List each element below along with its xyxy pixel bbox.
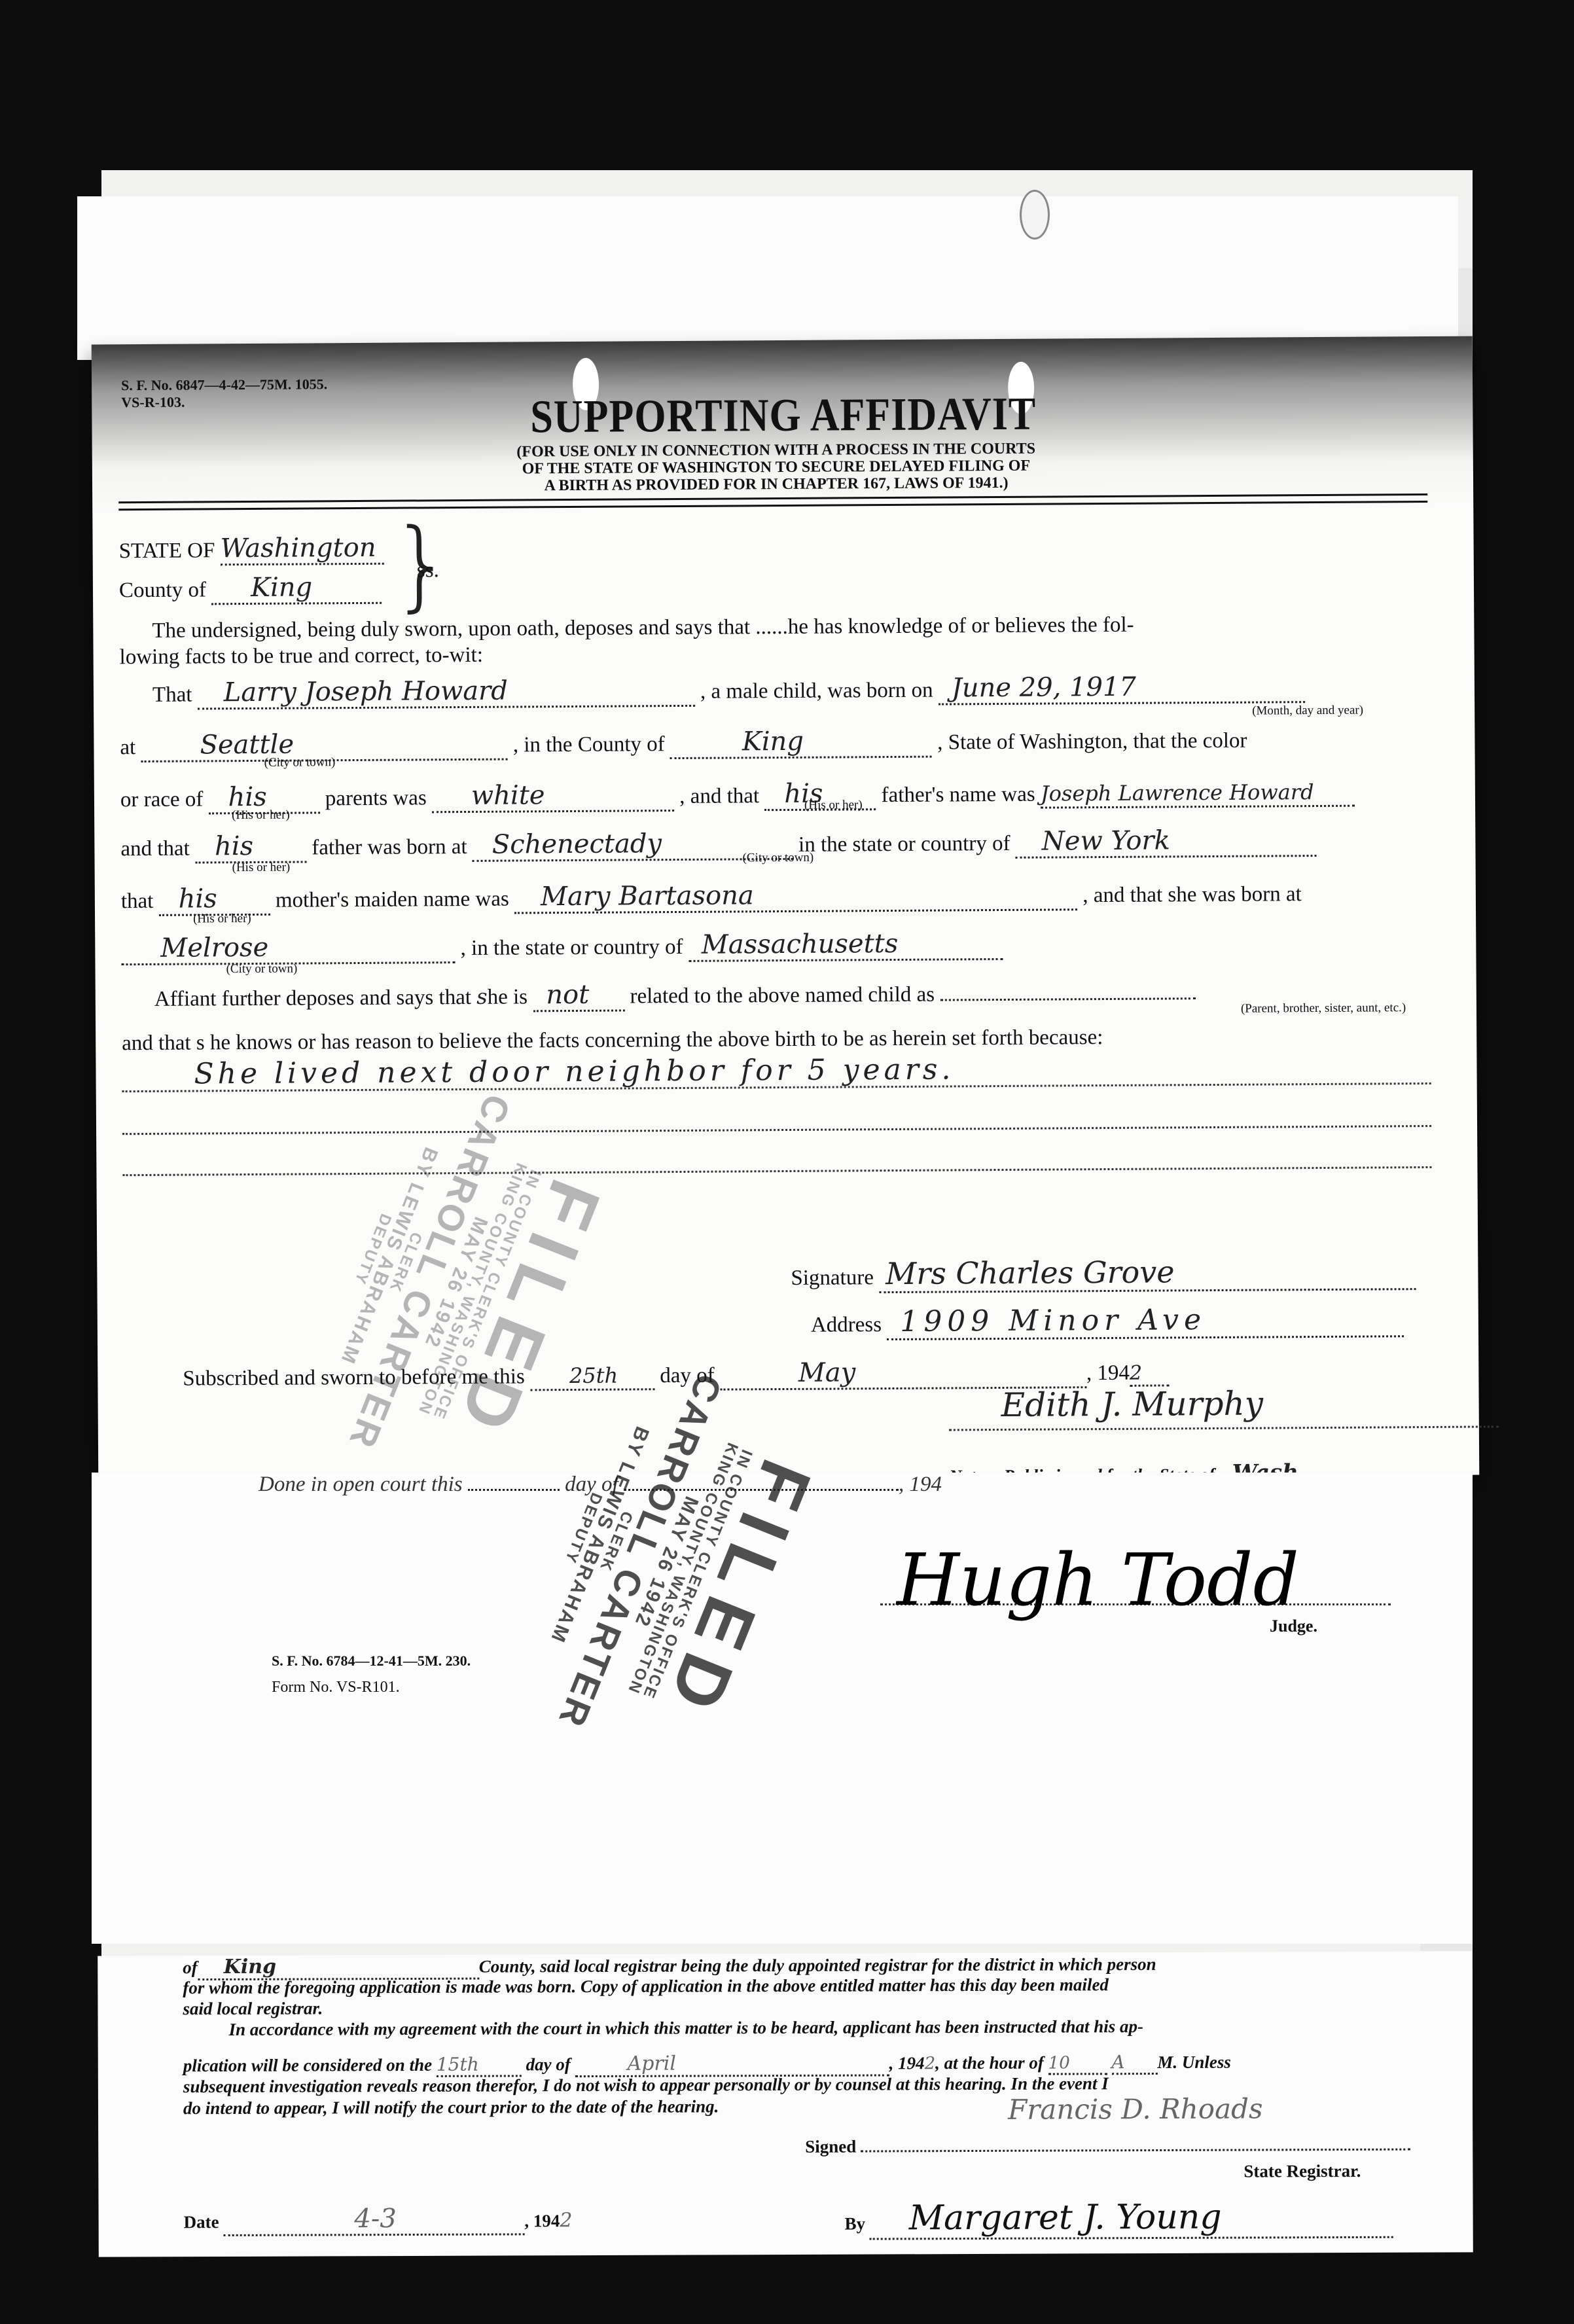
- date-field[interactable]: Date 4-3, 1942: [184, 2203, 573, 2236]
- affidavit-sheet: S. F. No. 6847—4-42—75M. 1055. VS-R-103.…: [92, 336, 1480, 1484]
- date-year-suffix: 2: [560, 2209, 572, 2232]
- relation-text-after: related to the above named child as: [630, 983, 935, 1009]
- mother-pronoun-hint: (His or her): [193, 912, 251, 927]
- birth-date-hint: (Month, day and year): [1252, 704, 1363, 719]
- done-text: Done in open court this: [259, 1473, 463, 1496]
- state-label: STATE OF: [119, 539, 215, 563]
- top-folded-sheet: [77, 196, 1458, 360]
- hearing-text-a: plication will be considered on the: [183, 2055, 432, 2075]
- father-birth-state: New York: [1042, 825, 1170, 856]
- birth-county: King: [742, 726, 804, 757]
- county-field[interactable]: County of King: [119, 572, 382, 605]
- and-that: , and that: [679, 784, 759, 808]
- reason-value[interactable]: She lived next door neighbor for 5 years…: [194, 1052, 954, 1090]
- reason-label: and that s he knows or has reason to bel…: [122, 1026, 1103, 1056]
- father-born-label: father was born at: [312, 835, 467, 859]
- race-value: white: [471, 780, 545, 811]
- a-label: , a: [700, 680, 721, 704]
- mother-birth-state: Massachusetts: [702, 929, 899, 960]
- registrar-line-7: do intend to appear, I will notify the c…: [183, 2096, 719, 2118]
- relation-text: Affiant further deposes and says that: [154, 986, 471, 1011]
- judge-label: Judge.: [1270, 1617, 1317, 1636]
- state-text: , State of Washington, that the color: [937, 729, 1247, 755]
- county-label: County of: [119, 578, 206, 602]
- judge-signature: Hugh Todd: [897, 1538, 1299, 1622]
- hearing-text-d: , at the hour of: [935, 2053, 1044, 2073]
- mother-birthplace-row[interactable]: Melrose , in the state or country of Mas…: [121, 928, 1003, 965]
- at-label: at: [120, 736, 135, 759]
- father-name: Joseph Lawrence Howard: [1041, 779, 1314, 806]
- mother-label: mother's maiden name was: [276, 887, 509, 912]
- county-label-2: , in the County of: [513, 732, 665, 757]
- father-pronoun-2-hint: (His or her): [232, 861, 291, 876]
- intro-line-2: lowing facts to be true and correct, to-…: [120, 643, 484, 670]
- registrar-notice-sheet: ofKingCounty, said local registrar being…: [98, 1951, 1473, 2257]
- that-label-2: that: [121, 889, 154, 913]
- registrar-county-value: King: [224, 1956, 276, 1978]
- jurat-month: May: [798, 1357, 856, 1388]
- form-code: VS-R-103.: [121, 394, 185, 412]
- relation-value: not: [546, 980, 589, 1010]
- relation-hint: (Parent, brother, sister, aunt, etc.): [1241, 1001, 1406, 1016]
- hearing-month: April: [627, 2052, 676, 2075]
- registrar-form-code: Form No. VS-R101.: [272, 1679, 400, 1696]
- notary-signature: Edith J. Murphy: [1001, 1385, 1263, 1424]
- mother-state-label: , in the state or country of: [460, 935, 683, 960]
- registrar-line-4: In accordance with my agreement with the…: [229, 2016, 1144, 2040]
- registrar-line-3: said local registrar.: [183, 1998, 323, 2019]
- father-city-hint: (City or town): [742, 851, 814, 866]
- county-value: King: [251, 572, 312, 603]
- date-value: 4-3: [354, 2204, 397, 2234]
- signed-field[interactable]: Signed: [805, 2135, 1410, 2157]
- mother-city-hint: (City or town): [226, 962, 297, 977]
- hearing-text-b: day of: [526, 2054, 570, 2074]
- state-value: Washington: [221, 533, 376, 563]
- registrar-line-1: County, said local registrar being the d…: [479, 1954, 1156, 1976]
- signature-value: Mrs Charles Grove: [885, 1254, 1175, 1291]
- jurat-year-prefix: , 194: [1086, 1361, 1130, 1385]
- filed-stamp: FILED IN COUNTY CLERK'S OFFICE KING COUN…: [295, 1071, 630, 1500]
- registrar-line-6: subsequent investigation reveals reason …: [183, 2073, 1109, 2097]
- intro-line-1: The undersigned, being duly sworn, upon …: [152, 613, 1134, 643]
- by-field[interactable]: By Margaret J. Young: [845, 2197, 1393, 2240]
- child-name-row[interactable]: That Larry Joseph Howard , a male child,…: [152, 671, 1305, 710]
- that-label: That: [152, 683, 192, 707]
- of-label: of: [183, 1958, 198, 1977]
- mother-birth-city: Melrose: [160, 933, 268, 963]
- mother-pronoun: his: [178, 884, 217, 914]
- punch-hole: [1020, 190, 1050, 240]
- race-row[interactable]: or race of his parents was white , and t…: [120, 776, 1355, 815]
- by-value: Margaret J. Young: [909, 2198, 1222, 2238]
- mother-name-row[interactable]: that his mother's maiden name was Mary B…: [121, 877, 1302, 916]
- city-hint: (City or town): [264, 755, 336, 770]
- signed-label: Signed: [805, 2137, 856, 2156]
- and-that-2: and that: [120, 837, 190, 861]
- father-birth-city: Schenectady: [492, 829, 662, 860]
- registrar-signature: Francis D. Rhoads: [1008, 2092, 1263, 2125]
- race-label: or race of: [120, 787, 204, 812]
- father-pronoun-2: his: [215, 831, 253, 861]
- signature-field[interactable]: Signature Mrs Charles Grove: [791, 1253, 1416, 1294]
- jurat-day: 25th: [569, 1363, 618, 1388]
- address-value: 1909 Minor Ave: [900, 1303, 1206, 1338]
- father-name-label: father's name was: [882, 783, 1035, 807]
- subtitle-line: A BIRTH AS PROVIDED FOR IN CHAPTER 167, …: [459, 474, 1094, 495]
- state-field[interactable]: STATE OF Washington: [118, 533, 384, 566]
- relation-pronoun: s: [476, 984, 488, 1009]
- mother-name: Mary Bartasona: [541, 880, 754, 912]
- notary-signature-line: [949, 1425, 1499, 1431]
- ss-label: ss.: [417, 558, 439, 582]
- hearing-day: 15th: [437, 2054, 479, 2075]
- court-order-sheet: Done in open court this day of , 194 Hug…: [92, 1473, 1473, 1944]
- document-title: SUPPORTING AFFIDAVIT: [530, 387, 1036, 444]
- father-birthplace-row[interactable]: and that his father was born at Schenect…: [120, 825, 1317, 864]
- form-number: S. F. No. 6847—4-42—75M. 1055.: [121, 376, 327, 394]
- reason-line-2: [122, 1125, 1431, 1135]
- document-subtitle: (FOR USE ONLY IN CONNECTION WITH A PROCE…: [459, 440, 1094, 495]
- hearing-text-e: M. Unless: [1157, 2052, 1231, 2072]
- registrar-form-number: S. F. No. 6784—12-41—5M. 230.: [272, 1653, 471, 1670]
- state-registrar-label: State Registrar.: [1243, 2161, 1361, 2182]
- address-label: Address: [811, 1313, 882, 1337]
- hearing-hour: 10: [1048, 2053, 1070, 2073]
- child-name: Larry Joseph Howard: [224, 676, 508, 708]
- race-pronoun-hint: (His or her): [232, 808, 290, 823]
- signature-label: Signature: [791, 1266, 874, 1290]
- date-year: , 194: [524, 2211, 560, 2230]
- hearing-year-suffix: 2: [924, 2054, 935, 2073]
- birth-date: June 29, 1917: [952, 672, 1136, 704]
- date-label: Date: [184, 2212, 219, 2232]
- hearing-ampm: A: [1111, 2051, 1124, 2073]
- jurat-year-suffix: 2: [1130, 1361, 1169, 1386]
- mother-born-label: , and that she was born at: [1082, 882, 1302, 907]
- hearing-text-c: , 194: [889, 2053, 924, 2073]
- sex-text: male child, was born on: [726, 679, 933, 704]
- parents-was: parents was: [325, 786, 427, 810]
- by-label: By: [845, 2214, 866, 2234]
- father-pronoun-hint: (His or her): [804, 798, 863, 813]
- father-state-label: in the state or country of: [798, 832, 1011, 857]
- registrar-line-2: for whom the foregoing application is ma…: [183, 1975, 1109, 1998]
- court-year: , 194: [899, 1473, 942, 1496]
- relation-row[interactable]: Affiant further deposes and says that sh…: [154, 976, 1196, 1014]
- header-divider: [118, 493, 1427, 510]
- reason-line-3: [122, 1166, 1431, 1176]
- he-is: he is: [488, 985, 528, 1009]
- address-field[interactable]: Address 1909 Minor Ave: [811, 1302, 1404, 1341]
